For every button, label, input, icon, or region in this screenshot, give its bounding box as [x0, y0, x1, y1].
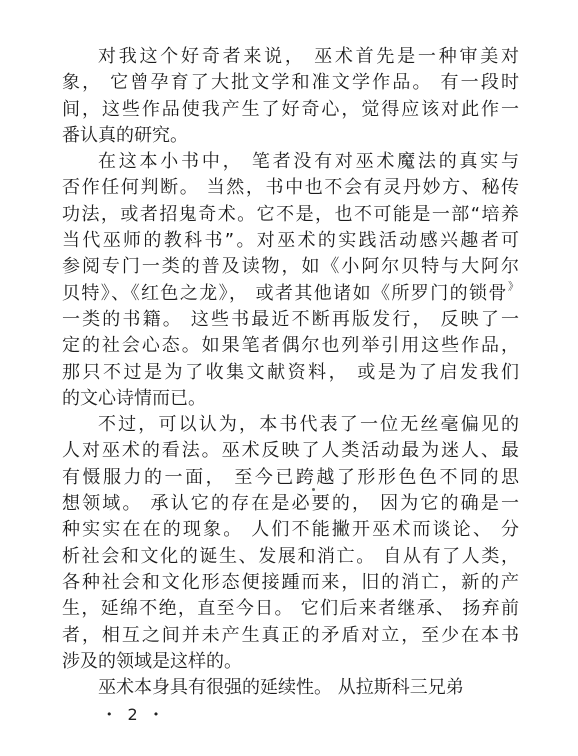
text-line: 想领域。 承认它的存在是必要的， 因为它的确是一: [62, 491, 519, 517]
text-line: 者，相互之间并未产生真正的矛盾对立，至少在本书: [62, 623, 519, 649]
page-number: • 2 •: [106, 705, 159, 724]
text-line: 当代巫师的教科书”。对巫术的实践活动感兴趣者可: [62, 228, 519, 254]
paragraph: 在这本小书中， 笔者没有对巫术魔法的真实与 否作任何判断。 当然，书中也不会有灵…: [62, 149, 519, 412]
text-line: 对我这个好奇者来说， 巫术首先是一种审美对: [62, 44, 519, 70]
text-line: 各种社会和文化形态便接踵而来，旧的消亡，新的产: [62, 570, 519, 596]
folio-dot-left: •: [106, 709, 113, 720]
text-line: 有慑服力的一面， 至今已跨越了形形色色不同的思: [62, 465, 519, 491]
text-line: 的文心诗情而已。: [62, 386, 519, 412]
text-line: 不过，可以认为，本书代表了一位无丝毫偏见的: [62, 412, 519, 438]
text-line: 人对巫术的看法。巫术反映了人类活动最为迷人、最: [62, 438, 519, 464]
text-line: 在这本小书中， 笔者没有对巫术魔法的真实与: [62, 149, 519, 175]
scan-speckle: [496, 187, 499, 190]
text-line: 析社会和文化的诞生、发展和消亡。 自从有了人类，: [62, 544, 519, 570]
text-line: 生，延绵不绝，直至今日。 它们后来者继承、 扬弃前: [62, 596, 519, 622]
paragraph: 巫术本身具有很强的延续性。 从拉斯科三兄弟: [62, 675, 519, 701]
superscript-quote-mark: 》: [508, 281, 519, 293]
text-line: 种实实在在的现象。 人们不能撇开巫术而谈论、 分: [62, 517, 519, 543]
scan-speckle: [312, 488, 315, 491]
text-line: 贝特》、《红色之龙》， 或者其他诸如《所罗门的锁骨》: [62, 281, 519, 307]
text-segment: 贝特》、《红色之龙》， 或者其他诸如《所罗门的锁骨: [62, 283, 508, 304]
folio-dot-right: •: [153, 709, 160, 720]
text-line: 间，这些作品使我产生了好奇心，觉得应该对此作一: [62, 97, 519, 123]
text-line: 否作任何判断。 当然，书中也不会有灵丹妙方、秘传: [62, 175, 519, 201]
text-line: 功法，或者招鬼奇术。它不是，也不可能是一部“培养: [62, 202, 519, 228]
paragraph: 对我这个好奇者来说， 巫术首先是一种审美对 象， 它曾孕育了大批文学和准文学作品…: [62, 44, 519, 149]
folio-number: 2: [128, 705, 138, 724]
text-line: 定的社会心态。如果笔者偶尔也列举引用这些作品，: [62, 333, 519, 359]
text-line: 涉及的领域是这样的。: [62, 649, 519, 675]
text-line: 那只不过是为了收集文献资料， 或是为了启发我们: [62, 360, 519, 386]
book-page: 对我这个好奇者来说， 巫术首先是一种审美对 象， 它曾孕育了大批文学和准文学作品…: [0, 0, 578, 756]
text-line: 参阅专门一类的普及读物，如《小阿尔贝特与大阿尔: [62, 254, 519, 280]
page-text: 对我这个好奇者来说， 巫术首先是一种审美对 象， 它曾孕育了大批文学和准文学作品…: [62, 44, 519, 701]
paragraph: 不过，可以认为，本书代表了一位无丝毫偏见的 人对巫术的看法。巫术反映了人类活动最…: [62, 412, 519, 675]
text-line: 一类的书籍。 这些书最近不断再版发行， 反映了一: [62, 307, 519, 333]
text-line: 象， 它曾孕育了大批文学和准文学作品。 有一段时: [62, 70, 519, 96]
text-line: 巫术本身具有很强的延续性。 从拉斯科三兄弟: [62, 675, 519, 701]
text-line: 番认真的研究。: [62, 123, 519, 149]
